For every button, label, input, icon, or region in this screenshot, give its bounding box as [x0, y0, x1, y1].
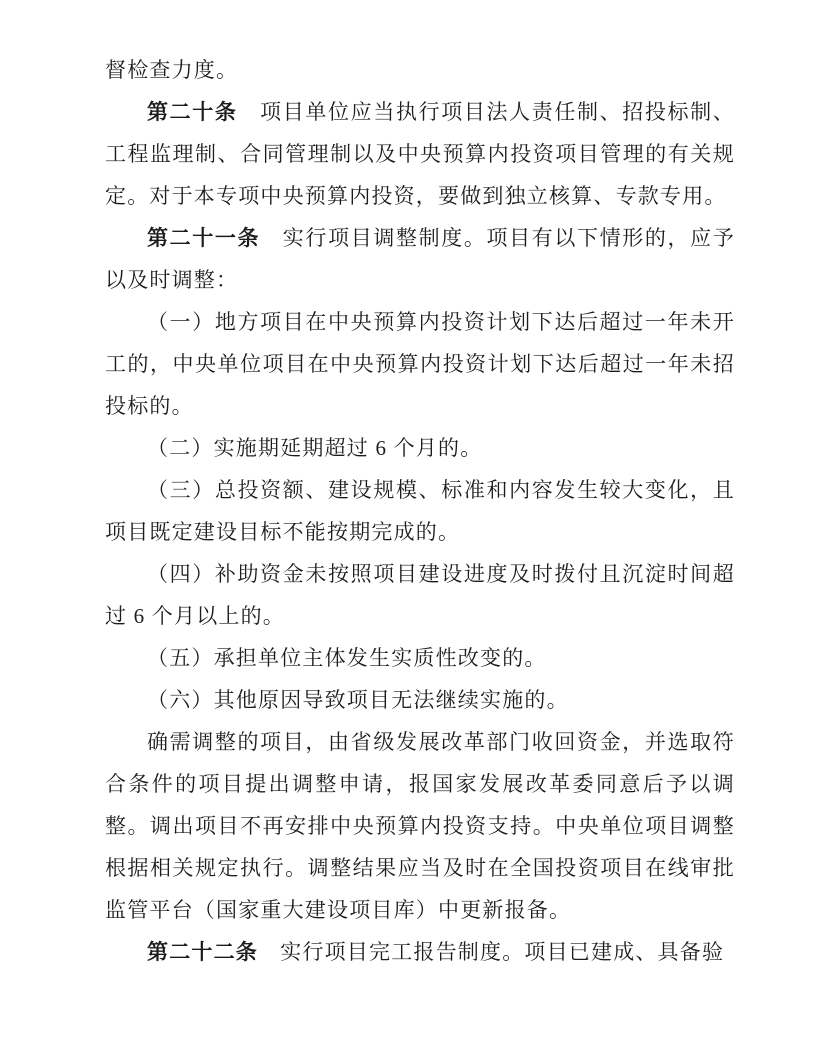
- article-21-item-3: （三）总投资额、建设规模、标准和内容发生较大变化，且项目既定建设目标不能按期完成…: [105, 469, 735, 553]
- document-page: 督检查力度。第二十条 项目单位应当执行项目法人责任制、招投标制、工程监理制、合同…: [0, 0, 838, 1042]
- paragraph-continuation: 督检查力度。: [105, 49, 735, 91]
- article-21-item-6: （六）其他原因导致项目无法继续实施的。: [105, 679, 735, 721]
- paragraph-text: （四）补助资金未按照项目建设进度及时拨付且沉淀时间超过 6 个月以上的。: [105, 562, 735, 628]
- article-21-item-1: （一）地方项目在中央预算内投资计划下达后超过一年未开工的，中央单位项目在中央预算…: [105, 301, 735, 427]
- article-22: 第二十二条 实行项目完工报告制度。项目已建成、具备验: [105, 931, 735, 973]
- article-21: 第二十一条 实行项目调整制度。项目有以下情形的，应予以及时调整：: [105, 217, 735, 301]
- article-21-item-4: （四）补助资金未按照项目建设进度及时拨付且沉淀时间超过 6 个月以上的。: [105, 553, 735, 637]
- article-21-item-2: （二）实施期延期超过 6 个月的。: [105, 427, 735, 469]
- paragraph-text: 确需调整的项目，由省级发展改革部门收回资金，并选取符合条件的项目提出调整申请，报…: [105, 730, 735, 922]
- article-21-item-5: （五）承担单位主体发生实质性改变的。: [105, 637, 735, 679]
- paragraph-text: （三）总投资额、建设规模、标准和内容发生较大变化，且项目既定建设目标不能按期完成…: [105, 478, 735, 544]
- paragraph-text: 督检查力度。: [105, 58, 238, 82]
- paragraph-text: （六）其他原因导致项目无法继续实施的。: [147, 688, 569, 712]
- paragraph-text: （五）承担单位主体发生实质性改变的。: [147, 646, 547, 670]
- document-body: 督检查力度。第二十条 项目单位应当执行项目法人责任制、招投标制、工程监理制、合同…: [105, 49, 735, 973]
- article-number: 第二十二条: [147, 940, 258, 964]
- article-number: 第二十条: [147, 100, 238, 124]
- paragraph-text: （一）地方项目在中央预算内投资计划下达后超过一年未开工的，中央单位项目在中央预算…: [105, 310, 735, 418]
- article-20: 第二十条 项目单位应当执行项目法人责任制、招投标制、工程监理制、合同管理制以及中…: [105, 91, 735, 217]
- article-number: 第二十一条: [147, 226, 260, 250]
- article-21-adjustment-paragraph: 确需调整的项目，由省级发展改革部门收回资金，并选取符合条件的项目提出调整申请，报…: [105, 721, 735, 931]
- paragraph-text: （二）实施期延期超过 6 个月的。: [147, 436, 482, 460]
- paragraph-text: 实行项目完工报告制度。项目已建成、具备验: [258, 940, 724, 964]
